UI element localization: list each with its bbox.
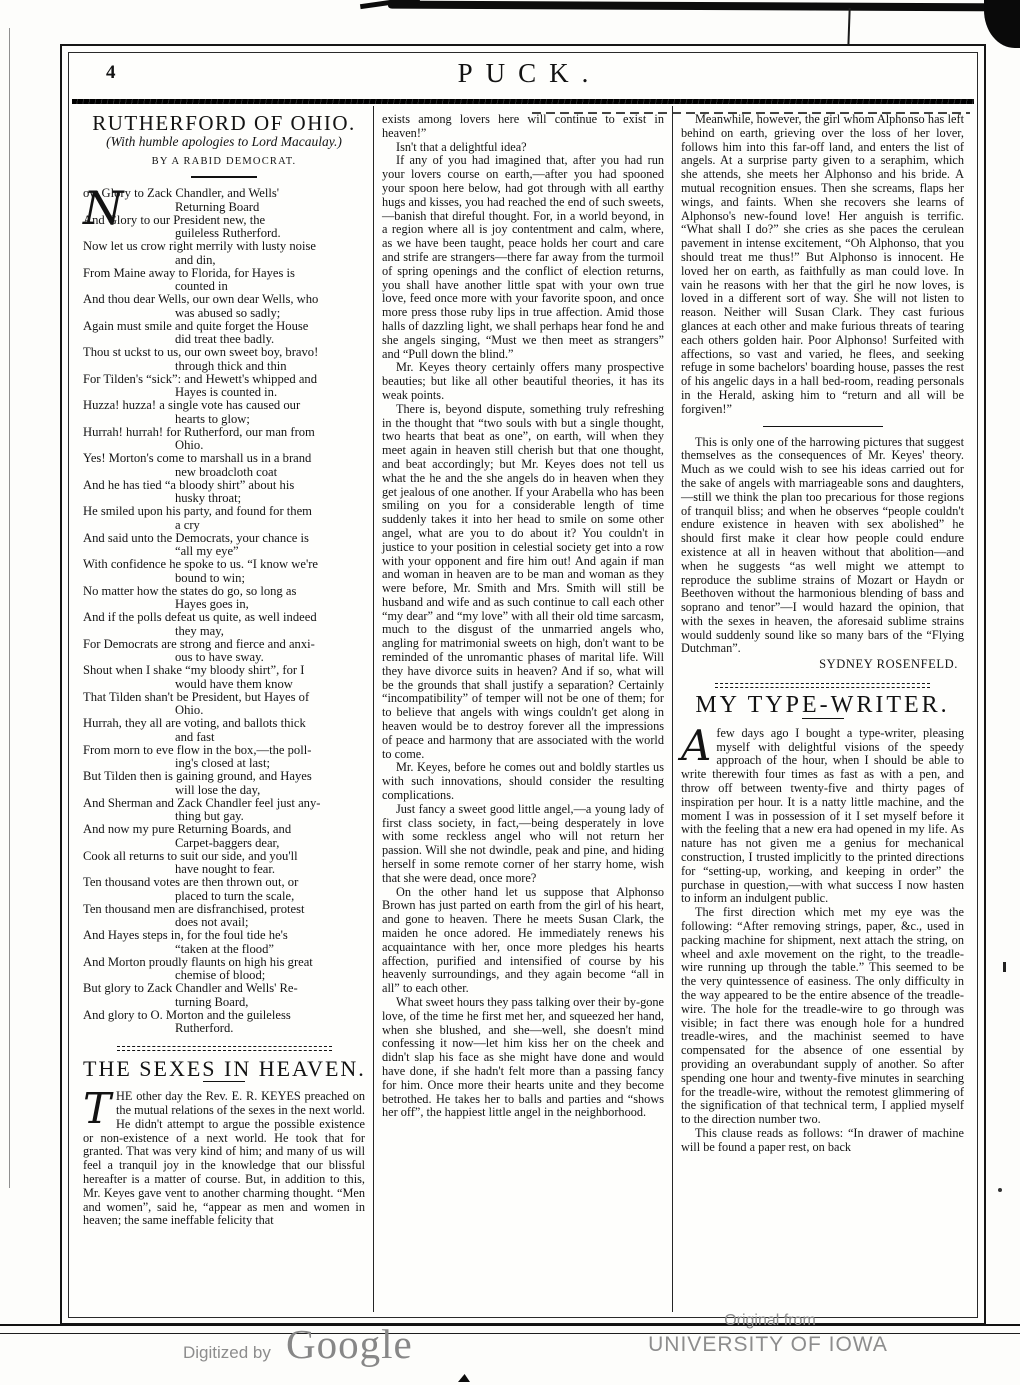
divider-rule [191, 176, 257, 178]
poem-line: Now let us crow right merrily with lusty… [83, 240, 365, 267]
paragraph: This is only one of the harrowing pictur… [681, 436, 964, 657]
divider-rule [203, 1081, 245, 1082]
poem-line: Thou st uckst to us, our own sweet boy, … [83, 346, 365, 373]
columns-container: RUTHERFORD OF OHIO. (With humble apologi… [75, 106, 972, 1312]
paragraph: Mr. Keyes, before he comes out and boldl… [382, 761, 664, 802]
scan-artifact-right-mark [1003, 962, 1006, 972]
poem-line: Cook all returns to suit our side, and y… [83, 850, 365, 877]
paragraph: The first direction which met my eye was… [681, 906, 964, 1127]
scanned-page: 4 PUCK. RUTHERFORD OF OHIO. (With humble… [0, 0, 1020, 1385]
scan-artifact-corner-blob [984, 0, 1020, 48]
column2-paragraphs: exists among lovers here will continue t… [382, 113, 664, 1120]
poem-line: For Democrats are strong and fierce and … [83, 638, 365, 665]
article-title-typewriter: MY TYPE-WRITER. [681, 699, 964, 713]
scan-artifact-right-dot [998, 1188, 1002, 1192]
page-border-frame: 4 PUCK. RUTHERFORD OF OHIO. (With humble… [60, 44, 986, 1325]
poem-line: Hurrah! hurrah! for Rutherford, our man … [83, 426, 365, 453]
column-3: Meanwhile, however, the girl whom Alphon… [673, 106, 972, 1312]
poem-line: And thou dear Wells, our own dear Wells,… [83, 293, 365, 320]
poem-line: And glory to O. Morton and the guileless… [83, 1009, 365, 1036]
article-subtitle: (With humble apologies to Lord Macaulay.… [83, 135, 365, 149]
paragraph: There is, beyond dispute, something trul… [382, 403, 664, 762]
drop-cap-initial: A [681, 727, 716, 762]
poem-line: But glory to Zack Chandler and Wells' Re… [83, 982, 365, 1009]
typewriter-paragraphs: The first direction which met my eye was… [681, 906, 964, 1154]
header-rule [72, 99, 974, 104]
poem-line: Huzza! huzza! a single vote has caused o… [83, 399, 365, 426]
paragraph: Isn't that a delightful idea? [382, 141, 664, 155]
paragraph: Mr. Keyes theory certainly offers many p… [382, 361, 664, 402]
poem-line: No matter how the states do go, so long … [83, 585, 365, 612]
digitized-by-label: Digitized by [183, 1343, 271, 1363]
poem-lines: ow Glory to Zack Chandler, and Wells'Ret… [83, 187, 365, 1035]
divider-rule [802, 718, 844, 719]
paragraph: exists among lovers here will continue t… [382, 113, 664, 141]
paragraph: Just fancy a sweet good little angel,—a … [382, 803, 664, 886]
column-1: RUTHERFORD OF OHIO. (With humble apologi… [75, 106, 374, 1312]
poem-line: From morn to eve flow in the box,—the po… [83, 744, 365, 771]
paragraph: THE other day the Rev. E. R. KEYES preac… [83, 1090, 365, 1228]
scan-artifact-vertical-tick [847, 8, 850, 48]
poem-line: And now my pure Returning Boards, andCar… [83, 823, 365, 850]
paragraph: Afew days ago I bought a type-writer, pl… [681, 727, 964, 906]
poem-line: And Sherman and Zack Chandler feel just … [83, 797, 365, 824]
poem-line: Yes! Morton's come to marshall us in a b… [83, 452, 365, 479]
poem-line: From Maine away to Florida, for Hayes is… [83, 267, 365, 294]
poem-line: And Morton proudly flaunts on high his g… [83, 956, 365, 983]
section-divider-dashed [117, 1046, 332, 1051]
poem-line: With confidence he spoke to us. “I know … [83, 558, 365, 585]
poem-line: Again must smile and quite forget the Ho… [83, 320, 365, 347]
paragraph: This clause reads as follows: “In drawer… [681, 1127, 964, 1155]
column3-paragraphs-a: Meanwhile, however, the girl whom Alphon… [681, 113, 964, 417]
institution-label: UNIVERSITY OF IOWA [598, 1333, 938, 1357]
poem-line: That Tilden shan't be President, but Hay… [83, 691, 365, 718]
paragraph-text: HE other day the Rev. E. R. KEYES preach… [83, 1089, 365, 1227]
drop-cap-initial: T [83, 1090, 116, 1125]
poem-line: And Hayes steps in, for the foul tide he… [83, 929, 365, 956]
poem-line: Ten thousand votes are then thrown out, … [83, 876, 365, 903]
article-byline: BY A RABID DEMOCRAT. [83, 155, 365, 169]
poem-line: Ten thousand men are disfranchised, prot… [83, 903, 365, 930]
paragraph-text: few days ago I bought a type-writer, ple… [681, 726, 964, 906]
article-title-rutherford: RUTHERFORD OF OHIO. [83, 117, 365, 131]
poem-line: Hurrah, they all are voting, and ballots… [83, 717, 365, 744]
poem-line: But Tilden then is gaining ground, and H… [83, 770, 365, 797]
scan-artifact-top-streak [388, 1, 1013, 12]
section-divider-dashed [715, 683, 930, 688]
divider-rule [763, 426, 883, 427]
column3-paragraphs-b: This is only one of the harrowing pictur… [681, 436, 964, 657]
masthead-title: PUCK. [62, 58, 984, 89]
google-logo: Google [286, 1320, 413, 1368]
poem-line: For Tilden's “sick”: and Hewett's whippe… [83, 373, 365, 400]
poem-line: And Glory to our President new, theguile… [83, 214, 365, 241]
paragraph: Meanwhile, however, the girl whom Alphon… [681, 113, 964, 417]
poem-line: Shout when I shake “my bloody shirt”, fo… [83, 664, 365, 691]
author-signature: SYDNEY ROSENFELD. [681, 658, 964, 672]
poem-line: And he has tied “a bloody shirt” about h… [83, 479, 365, 506]
paragraph: What sweet hours they pass talking over … [382, 996, 664, 1120]
poem: N ow Glory to Zack Chandler, and Wells'R… [83, 187, 365, 1035]
scan-artifact-bottom-mark [458, 1374, 470, 1382]
poem-line: He smiled upon his party, and found for … [83, 505, 365, 532]
paragraph: If any of you had imagined that, after y… [382, 154, 664, 361]
paragraph: On the other hand let us suppose that Al… [382, 886, 664, 996]
scan-artifact-left-edge [9, 28, 10, 1188]
article-title-sexes: THE SEXES IN HEAVEN. [83, 1062, 365, 1076]
original-from-label: Original from [640, 1312, 900, 1330]
poem-line: And said unto the Democrats, your chance… [83, 532, 365, 559]
poem-line: And if the polls defeat us quite, as wel… [83, 611, 365, 638]
column-2: exists among lovers here will continue t… [374, 106, 673, 1312]
